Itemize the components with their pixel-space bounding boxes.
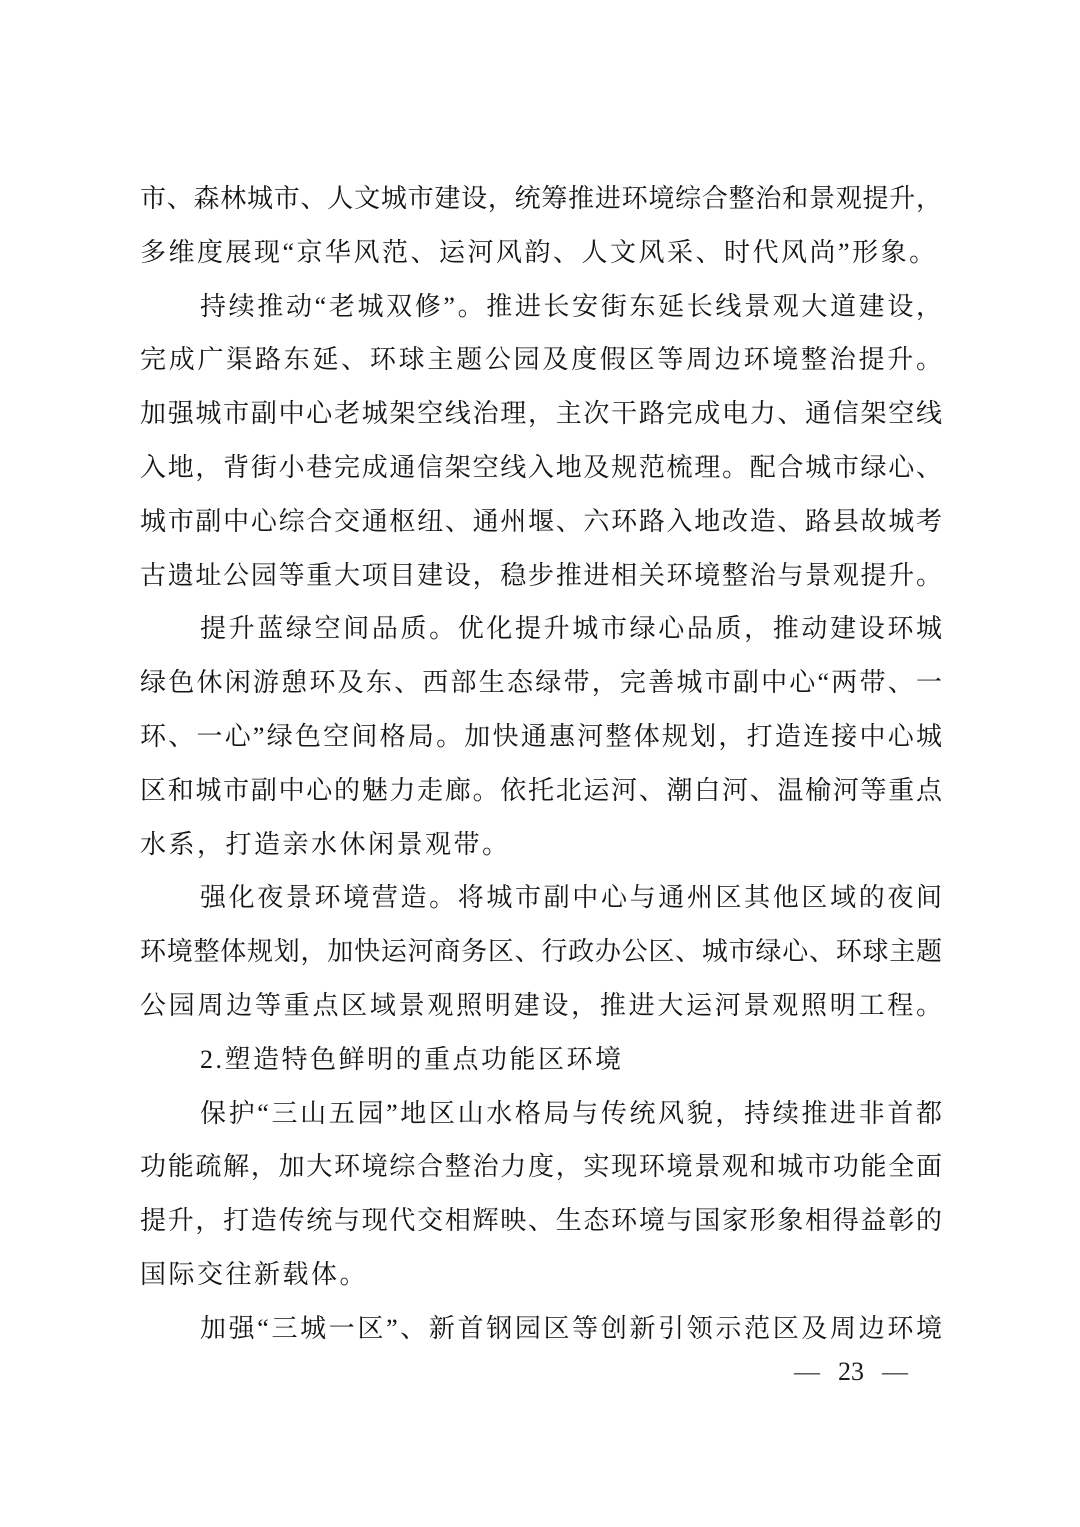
text-line: 提升蓝绿空间品质。优化提升城市绿心品质，推动建设环城 (140, 602, 942, 656)
document-page: 市、森林城市、人文城市建设，统筹推进环境综合整治和景观提升， 多维度展现“京华风… (0, 0, 1080, 1527)
text-line: 环、一心”绿色空间格局。加快通惠河整体规划，打造连接中心城 (140, 710, 942, 764)
text-line: 功能疏解，加大环境综合整治力度，实现环境景观和城市功能全面 (140, 1140, 942, 1194)
text-line: 持续推动“老城双修”。推进长安街东延长线景观大道建设， (140, 280, 942, 334)
text-line: 城市副中心综合交通枢纽、通州堰、六环路入地改造、路县故城考 (140, 495, 942, 549)
text-line: 水系，打造亲水休闲景观带。 (140, 818, 942, 872)
page-number: 23 (838, 1352, 864, 1392)
text-line: 市、森林城市、人文城市建设，统筹推进环境综合整治和景观提升， (140, 172, 942, 226)
section-heading: 2.塑造特色鲜明的重点功能区环境 (140, 1033, 942, 1087)
text-line: 提升，打造传统与现代交相辉映、生态环境与国家形象相得益彰的 (140, 1194, 942, 1248)
text-line: 环境整体规划，加快运河商务区、行政办公区、城市绿心、环球主题 (140, 925, 942, 979)
page-number-dash-left: — (794, 1352, 820, 1392)
text-line: 加强城市副中心老城架空线治理，主次干路完成电力、通信架空线 (140, 387, 942, 441)
text-line: 公园周边等重点区域景观照明建设，推进大运河景观照明工程。 (140, 979, 942, 1033)
page-number-dash-right: — (882, 1352, 908, 1392)
text-line: 加强“三城一区”、新首钢园区等创新引领示范区及周边环境 (140, 1302, 942, 1356)
text-line: 绿色休闲游憩环及东、西部生态绿带，完善城市副中心“两带、一 (140, 656, 942, 710)
document-body: 市、森林城市、人文城市建设，统筹推进环境综合整治和景观提升， 多维度展现“京华风… (140, 172, 942, 1356)
text-line: 保护“三山五园”地区山水格局与传统风貌，持续推进非首都 (140, 1087, 942, 1141)
text-line: 区和城市副中心的魅力走廊。依托北运河、潮白河、温榆河等重点 (140, 764, 942, 818)
text-line: 多维度展现“京华风范、运河风韵、人文风采、时代风尚”形象。 (140, 226, 942, 280)
text-line: 强化夜景环境营造。将城市副中心与通州区其他区域的夜间 (140, 871, 942, 925)
text-line: 古遗址公园等重大项目建设，稳步推进相关环境整治与景观提升。 (140, 549, 942, 603)
text-line: 入地，背街小巷完成通信架空线入地及规范梳理。配合城市绿心、 (140, 441, 942, 495)
text-line: 国际交往新载体。 (140, 1248, 942, 1302)
text-line: 完成广渠路东延、环球主题公园及度假区等周边环境整治提升。 (140, 333, 942, 387)
page-footer: — 23 — (794, 1352, 908, 1392)
